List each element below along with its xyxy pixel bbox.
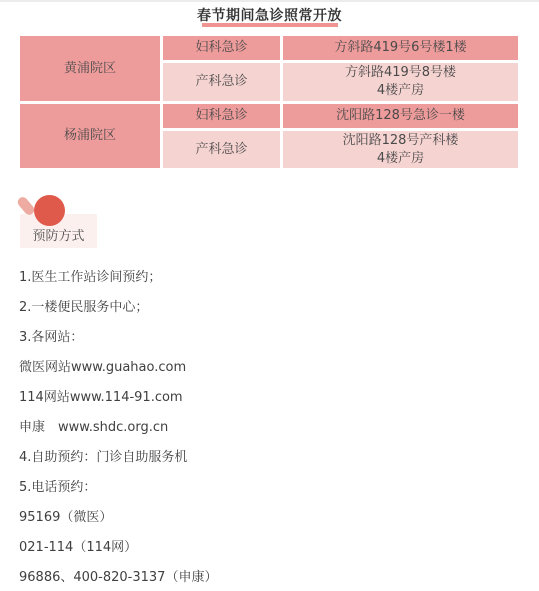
campus-cell: 黄浦院区 (20, 36, 160, 101)
list-item: 021-114（114网） (19, 533, 217, 563)
location-line: 4楼产房 (377, 150, 424, 168)
list-item: 1.医生工作站诊间预约； (19, 263, 217, 293)
page: 春节期间急诊照常开放 黄浦院区 妇科急诊 方斜路419号6号楼1楼 产科急诊 方… (0, 0, 539, 591)
campus-cell: 杨浦院区 (20, 104, 160, 168)
list-item: 95169（微医） (19, 503, 217, 533)
department-cell: 产科急诊 (163, 131, 280, 168)
location-cell: 沈阳路128号急诊一楼 (283, 104, 518, 128)
list-item: 4.自助预约：门诊自助服务机 (19, 443, 217, 473)
list-item: 微医网站www.guahao.com (19, 353, 217, 383)
list-item: 5.电话预约： (19, 473, 217, 503)
prevention-list: 1.医生工作站诊间预约； 2.一楼便民服务中心； 3.各网站： 微医网站www.… (19, 263, 217, 591)
list-item: 2.一楼便民服务中心； (19, 293, 217, 323)
list-item: 96886、400-820-3137（申康） (19, 563, 217, 591)
page-title: 春节期间急诊照常开放 (0, 5, 539, 25)
location-line: 沈阳路128号急诊一楼 (336, 107, 465, 125)
location-line: 沈阳路128号产科楼 (343, 132, 459, 150)
location-line: 方斜路419号8号楼 (345, 64, 456, 82)
department-cell: 妇科急诊 (163, 36, 280, 60)
list-item: 114网站www.114-91.com (19, 383, 217, 413)
location-line: 方斜路419号6号楼1楼 (334, 39, 466, 57)
prevention-badge-label: 预防方式 (20, 225, 97, 244)
department-cell: 妇科急诊 (163, 104, 280, 128)
location-cell: 方斜路419号8号楼 4楼产房 (283, 63, 518, 101)
list-item: 3.各网站： (19, 323, 217, 353)
title-underline (202, 23, 338, 27)
schedule-table: 黄浦院区 妇科急诊 方斜路419号6号楼1楼 产科急诊 方斜路419号8号楼 4… (20, 36, 518, 168)
top-divider (0, 0, 539, 2)
pink-capsule-icon (16, 195, 37, 217)
location-cell: 沈阳路128号产科楼 4楼产房 (283, 131, 518, 168)
location-cell: 方斜路419号6号楼1楼 (283, 36, 518, 60)
prevention-badge: 预防方式 (20, 214, 97, 248)
department-cell: 产科急诊 (163, 63, 280, 101)
red-circle-icon (34, 195, 65, 226)
list-item: 申康 www.shdc.org.cn (19, 413, 217, 443)
location-line: 4楼产房 (377, 82, 424, 100)
